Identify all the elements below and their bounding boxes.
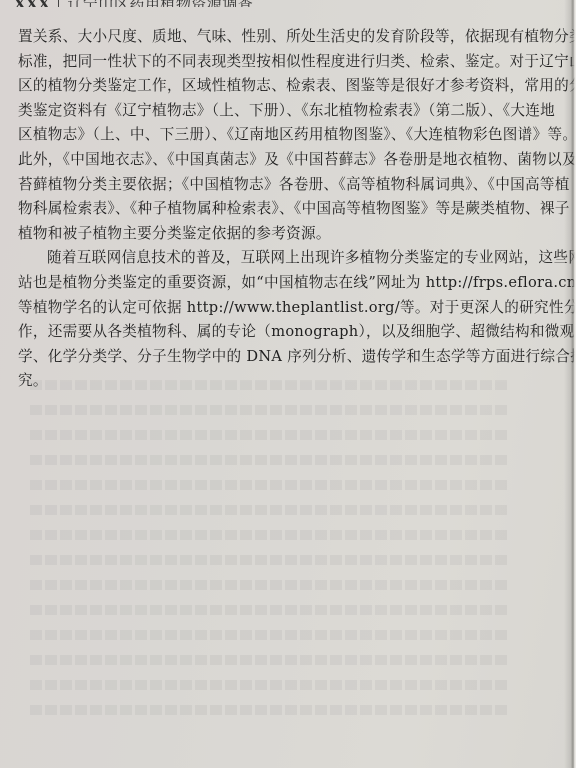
running-head: XXX辽宁山区药用植物资源调查	[14, 0, 253, 7]
text-line: 作，还需要从各类植物科、属的专论（monograph），以及细胞学、超微结构和微…	[18, 320, 508, 345]
text-line: 学、化学分类学、分子生物学中的 DNA 序列分析、遗传学和生态学等方面进行综合探	[18, 345, 508, 370]
running-head-title: 辽宁山区药用植物资源调查	[67, 0, 253, 7]
header-divider	[58, 0, 59, 7]
text-line: 随着互联网信息技术的普及，互联网上出现许多植物分类鉴定的专业网站，这些网	[18, 246, 508, 271]
body-text: 置关系、大小尺度、质地、气味、性别、所处生活史的发育阶段等，依据现有植物分类 标…	[18, 25, 508, 394]
text-line: 究。	[18, 369, 508, 394]
text-line: 苔藓植物分类主要依据；《中国植物志》各卷册、《高等植物科属词典》、《中国高等植	[18, 173, 508, 198]
text-line: 物科属检索表》、《种子植物属种检索表》、《中国高等植物图鉴》等是蕨类植物、裸子	[18, 197, 508, 222]
text-line: 等植物学名的认定可依据 http://www.theplantlist.org/…	[18, 296, 508, 321]
book-page: XXX辽宁山区药用植物资源调查 置关系、大小尺度、质地、气味、性别、所处生活史的…	[0, 0, 576, 768]
reverse-side-show-through	[30, 380, 510, 740]
text-line: 置关系、大小尺度、质地、气味、性别、所处生活史的发育阶段等，依据现有植物分类	[18, 25, 508, 50]
text-line: 区植物志》（上、中、下三册）、《辽南地区药用植物图鉴》、《大连植物彩色图谱》等。	[18, 123, 508, 148]
text-line: 此外，《中国地衣志》、《中国真菌志》及《中国苔藓志》各卷册是地衣植物、菌物以及	[18, 148, 508, 173]
paragraph-1: 置关系、大小尺度、质地、气味、性别、所处生活史的发育阶段等，依据现有植物分类 标…	[18, 25, 508, 246]
page-number: XXX	[14, 0, 50, 7]
text-line: 区的植物分类鉴定工作，区域性植物志、检索表、图鉴等是很好才参考资料，常用的分	[18, 74, 508, 99]
page-edge-shadow	[564, 0, 576, 768]
paragraph-2: 随着互联网信息技术的普及，互联网上出现许多植物分类鉴定的专业网站，这些网 站也是…	[18, 246, 508, 394]
text-line: 标准，把同一性状下的不同表现类型按相似性程度进行归类、检索、鉴定。对于辽宁山	[18, 50, 508, 75]
text-line: 站也是植物分类鉴定的重要资源，如“中国植物志在线”网址为 http://frps…	[18, 271, 508, 296]
text-line: 植物和被子植物主要分类鉴定依据的参考资源。	[18, 222, 508, 247]
text-line: 类鉴定资料有《辽宁植物志》（上、下册）、《东北植物检索表》（第二版）、《大连地	[18, 99, 508, 124]
